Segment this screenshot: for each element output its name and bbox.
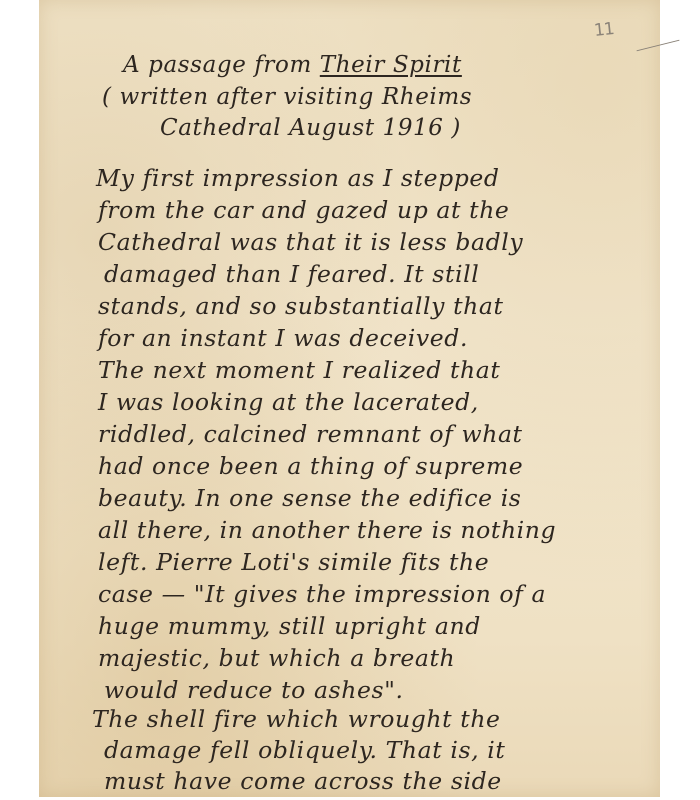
body-line: The next moment I realized that <box>98 356 500 384</box>
body-line: from the car and gazed up at the <box>98 196 509 224</box>
folio-number: 11 <box>593 19 615 41</box>
body-line: The shell fire which wrought the <box>92 705 501 733</box>
body-line: Cathedral was that it is less badly <box>98 228 523 256</box>
body-line: case — "It gives the impression of a <box>98 580 546 608</box>
subtitle-line-2: Cathedral August 1916 ) <box>160 115 461 141</box>
folio-underline <box>637 40 680 52</box>
subtitle-line-1: ( written after visiting Rheims <box>102 84 472 110</box>
body-line: damaged than I feared. It still <box>104 260 479 288</box>
body-line: I was looking at the lacerated, <box>98 388 479 416</box>
body-line: damage fell obliquely. That is, it <box>104 736 505 764</box>
body-line: would reduce to ashes". <box>104 676 404 704</box>
body-line: must have come across the side <box>104 767 502 795</box>
body-line: majestic, but which a breath <box>98 644 455 672</box>
body-line: for an instant I was deceived. <box>98 324 468 352</box>
body-line: left. Pierre Loti's simile fits the <box>98 548 489 576</box>
document-title: A passage from Their Spirit <box>123 52 462 78</box>
body-line: riddled, calcined remnant of what <box>98 420 523 448</box>
body-line: My first impression as I stepped <box>96 164 500 192</box>
body-line: had once been a thing of supreme <box>98 452 523 480</box>
body-line: all there, in another there is nothing <box>98 516 556 544</box>
body-line: huge mummy, still upright and <box>98 612 481 640</box>
body-line: stands, and so substantially that <box>98 292 504 320</box>
body-line: beauty. In one sense the edifice is <box>98 484 521 512</box>
title-underlined-work: Their Spirit <box>320 52 462 78</box>
title-prefix: A passage from <box>123 52 320 78</box>
